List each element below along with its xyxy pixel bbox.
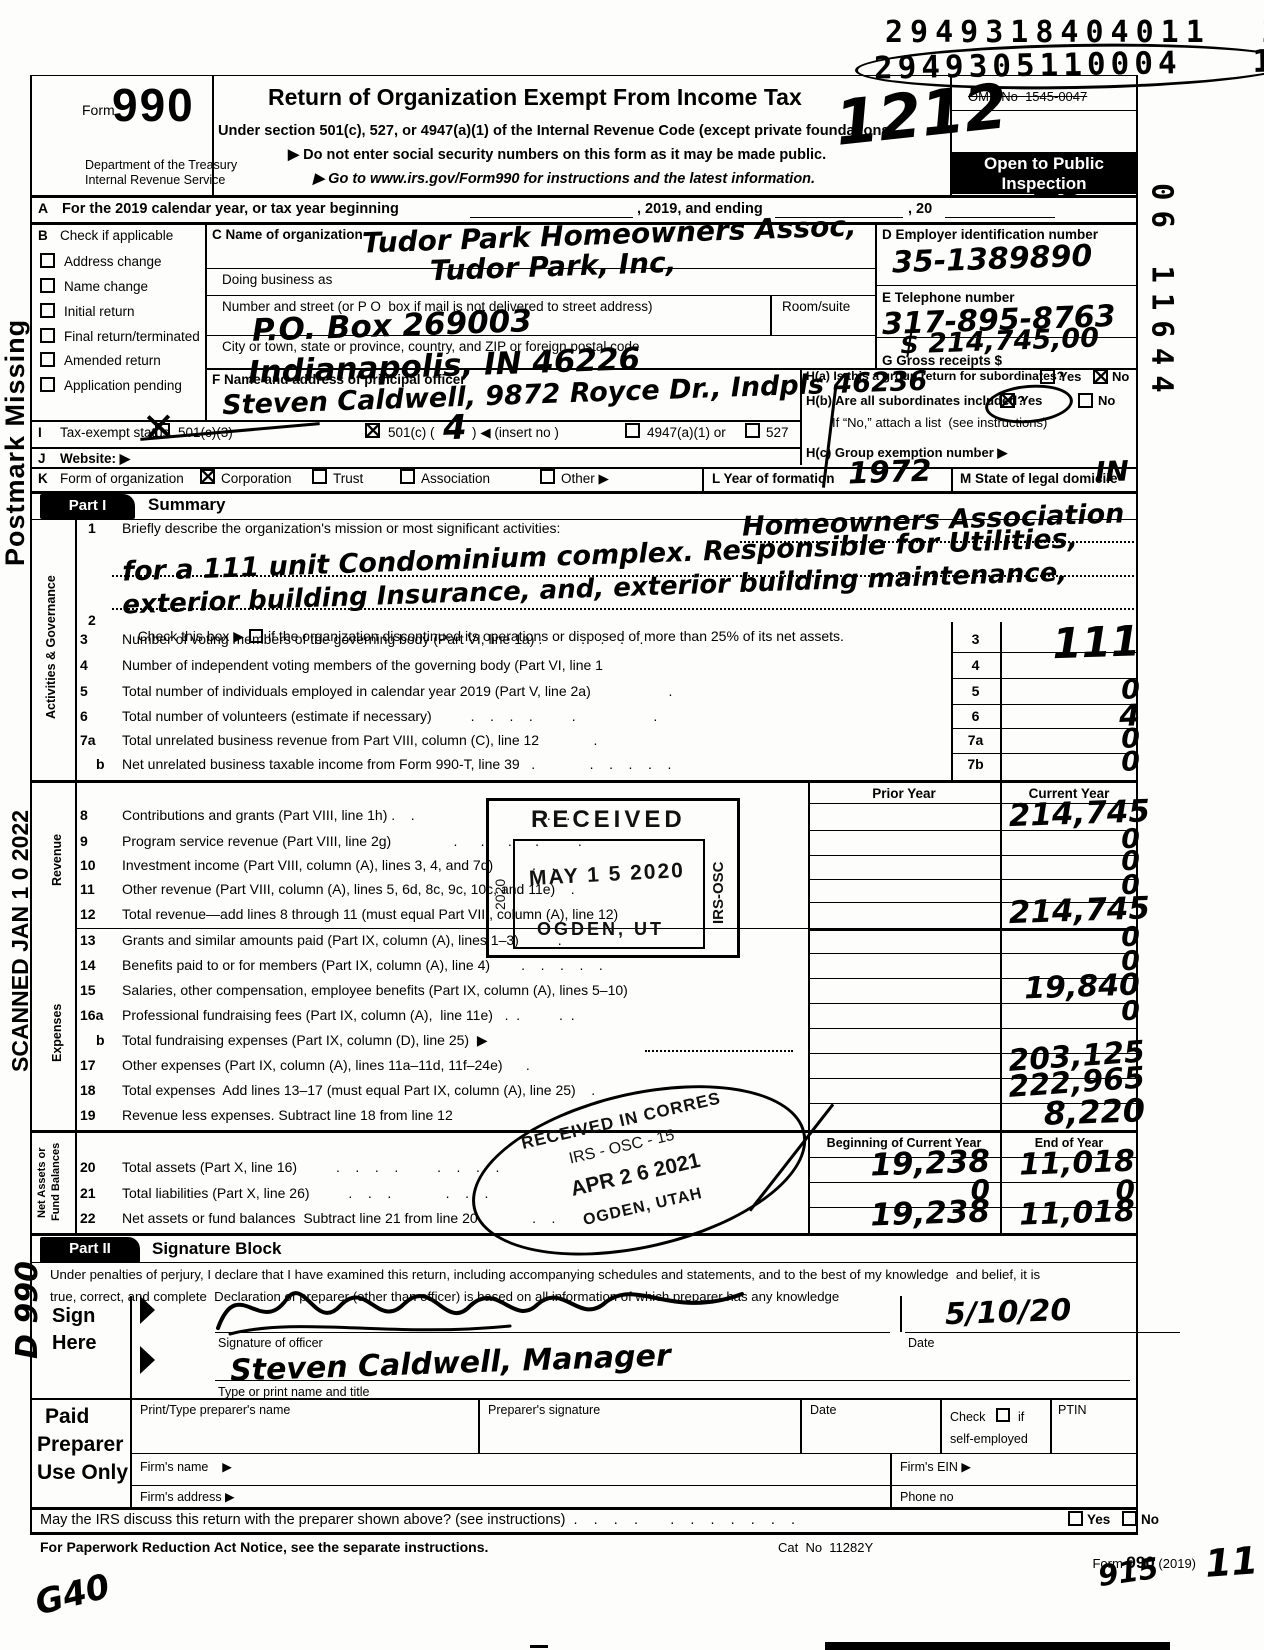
line12-number: 12	[80, 907, 96, 923]
firms-ein-label: Firm's EIN ▶	[900, 1460, 971, 1474]
checkbox-trust[interactable]	[312, 469, 327, 484]
form-word: Form	[82, 103, 115, 119]
line20-text: Total assets (Part X, line 16) . . . . .…	[122, 1160, 499, 1176]
label-address-change: Address change	[64, 254, 162, 269]
line7a-text: Total unrelated business revenue from Pa…	[122, 733, 597, 749]
part1-tag: Part I	[40, 494, 135, 519]
checkbox-ha-no[interactable]	[1093, 369, 1108, 384]
form-990-scanned-page: 2949318404011 1 2949305110004 1 06 11644…	[0, 0, 1264, 1650]
hb-no-label: No	[1098, 394, 1115, 409]
line19-text: Revenue less expenses. Subtract line 18 …	[122, 1108, 453, 1124]
line9-number: 9	[80, 834, 88, 850]
discuss-yes-label: Yes	[1087, 1512, 1110, 1527]
line5-text: Total number of individuals employed in …	[122, 684, 672, 700]
label-amended-return: Amended return	[64, 353, 161, 368]
line21-text: Total liabilities (Part X, line 26) . . …	[122, 1186, 488, 1202]
line16b-number: b	[96, 1033, 105, 1049]
label-insert-no: ) ◀ (insert no )	[472, 425, 559, 440]
self-employed-label: self-employed	[950, 1432, 1028, 1446]
line16a-text: Professional fundraising fees (Part IX, …	[122, 1008, 575, 1024]
dba-label: Doing business as	[222, 272, 332, 287]
scan-bottom-dash	[530, 1645, 548, 1648]
line15-number: 15	[80, 983, 96, 999]
checkbox-discuss-no[interactable]	[1122, 1511, 1137, 1526]
signature-of-officer-label: Signature of officer	[218, 1336, 323, 1350]
line16a-number: 16a	[80, 1008, 103, 1024]
section-b-title: Check if applicable	[60, 228, 173, 243]
line18-number: 18	[80, 1083, 96, 1099]
line22-begin-value: 19,238	[839, 1193, 990, 1234]
line3-value: 111	[1039, 616, 1141, 668]
form-number: 990	[112, 80, 195, 132]
line17-number: 17	[80, 1058, 96, 1074]
catalog-number: Cat No 11282Y	[778, 1541, 873, 1556]
line4-box-number: 4	[951, 658, 1000, 674]
year-of-formation-label: L Year of formation	[712, 471, 835, 486]
phone-no-label: Phone no	[900, 1490, 954, 1504]
received-box-stamp: RECEIVED 2020 MAY 1 5 2020 OGDEN, UT IRS…	[486, 798, 740, 958]
use-only-word: Use Only	[37, 1461, 128, 1485]
line18-text: Total expenses Add lines 13–17 (must equ…	[122, 1083, 595, 1099]
form-title: Return of Organization Exempt From Incom…	[268, 85, 802, 111]
preparer-check-if-label: if	[1018, 1410, 1024, 1424]
line2-number: 2	[88, 613, 96, 629]
label-initial-return: Initial return	[64, 304, 135, 319]
label-final-return: Final return/terminated	[64, 329, 200, 344]
part2-title: Signature Block	[152, 1239, 281, 1258]
name-pointer-arrow-icon	[140, 1346, 155, 1374]
line-j-letter: J	[38, 451, 46, 466]
line6-box-number: 6	[951, 709, 1000, 725]
open-to-public-line1: Open to Public	[952, 154, 1136, 174]
paid-word: Paid	[45, 1405, 89, 1429]
signature-date-value: 5/10/20	[944, 1293, 1071, 1332]
handwritten-1212: 1212	[832, 69, 1011, 160]
preparer-date-label: Date	[810, 1403, 836, 1417]
checkbox-discuss-yes[interactable]	[1068, 1511, 1083, 1526]
label-527: 527	[766, 425, 789, 440]
line4-number: 4	[80, 658, 114, 674]
checkbox-association[interactable]	[400, 469, 415, 484]
line-i-letter: I	[38, 425, 42, 440]
line8-number: 8	[80, 808, 88, 824]
discuss-question: May the IRS discuss this return with the…	[40, 1512, 795, 1528]
line3-box-number: 3	[951, 632, 1000, 648]
label-trust: Trust	[333, 471, 363, 486]
line19-current-value: 8,220	[984, 1091, 1145, 1135]
label-other: Other ▶	[561, 471, 609, 486]
preparer-name-label: Print/Type preparer's name	[140, 1403, 290, 1417]
label-501c: 501(c) (	[388, 425, 435, 440]
room-suite-label: Room/suite	[782, 299, 850, 314]
treasury-dept-line1: Department of the Treasury	[85, 158, 237, 172]
line16b-text: Total fundraising expenses (Part IX, col…	[122, 1033, 488, 1049]
domicile-value: IN	[1094, 454, 1129, 488]
part1-title: Summary	[148, 495, 225, 514]
line7b-text: Net unrelated business taxable income fr…	[122, 757, 671, 773]
received-stamp-ogden: OGDEN, UT	[537, 919, 664, 939]
website-label: Website: ▶	[60, 451, 130, 466]
line1-number: 1	[88, 521, 96, 537]
checkbox-self-employed[interactable]	[996, 1408, 1010, 1422]
officer-signature	[210, 1268, 750, 1338]
ha-yes-label: Yes	[1059, 370, 1081, 385]
line7a-box-number: 7a	[951, 733, 1000, 749]
label-name-change: Name change	[64, 279, 148, 294]
checkbox-amended-return[interactable]	[40, 352, 55, 367]
scan-bottom-bar	[825, 1642, 1170, 1650]
checkbox-initial-return[interactable]	[40, 303, 55, 318]
year-of-formation-value: 1972	[847, 454, 932, 492]
handwritten-d990: D 990	[10, 1245, 45, 1375]
checkbox-501c4[interactable]	[365, 423, 380, 438]
checkbox-ha-yes[interactable]	[1040, 369, 1055, 384]
checkbox-application-pending[interactable]	[40, 377, 55, 392]
handwritten-g40: G40	[31, 1566, 114, 1623]
side-label-revenue: Revenue	[50, 790, 64, 930]
open-to-public-box: Open to Public Inspection	[952, 152, 1136, 194]
postmark-missing-stamp: Postmark Missing	[0, 295, 30, 590]
side-label-net-assets-2: Fund Balances	[50, 1130, 62, 1234]
line21-number: 21	[80, 1186, 96, 1202]
line11-number: 11	[80, 882, 95, 898]
line7b-box-number: 7b	[951, 757, 1000, 773]
footer-form-year: (2019)	[1158, 1556, 1196, 1571]
line4-text: Number of independent voting members of …	[122, 658, 603, 674]
line15-text: Salaries, other compensation, employee b…	[122, 983, 628, 999]
treasury-dept-line2: Internal Revenue Service	[85, 173, 225, 187]
firms-address-label: Firm's address ▶	[140, 1490, 235, 1504]
omb-number: OMB No 1545-0047	[968, 90, 1087, 105]
line16a-current-value: 0	[1000, 996, 1141, 1032]
line6-text: Total number of volunteers (estimate if …	[122, 709, 657, 725]
form-bullet-ssn: ▶ Do not enter social security numbers o…	[288, 147, 826, 163]
line3-number: 3	[80, 632, 114, 648]
line14-number: 14	[80, 958, 96, 974]
checkbox-corporation[interactable]	[200, 469, 215, 484]
checkbox-other[interactable]	[540, 469, 555, 484]
paperwork-notice: For Paperwork Reduction Act Notice, see …	[40, 1540, 488, 1556]
ha-no-label: No	[1112, 370, 1129, 385]
line7a-number: 7a	[80, 733, 114, 749]
line6-number: 6	[80, 709, 114, 725]
label-4947a1: 4947(a)(1) or	[647, 425, 726, 440]
sign-word: Sign	[52, 1305, 95, 1327]
side-label-expenses: Expenses	[50, 938, 64, 1128]
line10-number: 10	[80, 858, 96, 874]
ptin-label: PTIN	[1058, 1403, 1086, 1417]
line14-text: Benefits paid to or for members (Part IX…	[122, 958, 603, 974]
type-or-print-label: Type or print name and title	[218, 1385, 369, 1399]
line-a-text: For the 2019 calendar year, or tax year …	[62, 201, 399, 217]
signature-date-label: Date	[908, 1336, 934, 1350]
line3-text: Number of voting members of the governin…	[122, 632, 643, 648]
part2-tag: Part II	[40, 1237, 140, 1263]
corres-oval-stamp: RECEIVED IN CORRES IRS - OSC - 15 APR 2 …	[453, 1043, 829, 1291]
preparer-check-label: Check	[950, 1410, 985, 1424]
line5-box-number: 5	[951, 684, 1000, 700]
scribble-x-501c3: ✕	[141, 404, 176, 451]
checkbox-address-change[interactable]	[40, 253, 55, 268]
section-b-letter: B	[38, 228, 48, 243]
side-label-net-assets-1: Net Assets or	[36, 1133, 48, 1233]
line17-text: Other expenses (Part IX, column (A), lin…	[122, 1058, 530, 1074]
open-to-public-line2: Inspection	[952, 174, 1136, 194]
domicile-label: M State of legal domicile	[960, 471, 1118, 486]
checkbox-4947a1[interactable]	[625, 423, 640, 438]
checkbox-final-return[interactable]	[40, 328, 55, 343]
line7b-value: 0	[1039, 746, 1140, 780]
side-label-governance: Activities & Governance	[44, 520, 58, 775]
org-name-label: C Name of organization	[212, 227, 363, 242]
line19-number: 19	[80, 1108, 96, 1124]
line-a-end: , 20	[908, 201, 932, 217]
received-stamp-text: RECEIVED	[531, 807, 686, 834]
received-stamp-irs-osc: IRS-OSC	[711, 843, 728, 943]
label-corporation: Corporation	[221, 471, 292, 486]
line-a-letter: A	[38, 201, 48, 217]
line7b-number: b	[96, 757, 114, 773]
label-association: Association	[421, 471, 490, 486]
handwritten-11: 11	[1204, 1538, 1260, 1586]
preparer-word: Preparer	[37, 1433, 123, 1457]
insert-number-value: 4	[442, 408, 467, 449]
ein-value: 35-1389890	[891, 239, 1092, 281]
form-of-org-label: Form of organization	[60, 471, 184, 486]
here-word: Here	[52, 1332, 96, 1354]
label-application-pending: Application pending	[64, 378, 182, 393]
scan-side-code: 06 11644	[1146, 183, 1178, 403]
signature-pointer-arrow-icon	[140, 1296, 155, 1324]
line13-number: 13	[80, 933, 96, 949]
line-k-letter: K	[38, 471, 48, 486]
checkbox-name-change[interactable]	[40, 278, 55, 293]
footer-form-word: Form	[1092, 1556, 1122, 1571]
firms-name-label: Firm's name ▶	[140, 1460, 232, 1474]
hb-note: If “No,” attach a list (see instructions…	[832, 416, 1047, 431]
footer-form-id: Form 990 (2019)	[1078, 1538, 1196, 1586]
checkbox-527[interactable]	[745, 423, 760, 438]
line5-number: 5	[80, 684, 114, 700]
line20-number: 20	[80, 1160, 96, 1176]
footer-form-number: 990	[1126, 1553, 1154, 1572]
checkbox-hb-no[interactable]	[1078, 393, 1093, 408]
line1-text: Briefly describe the organization's miss…	[122, 521, 560, 537]
form-bullet-goto: ▶ Go to www.irs.gov/Form990 for instruct…	[313, 171, 815, 187]
ha-label: H(a) Is this a group return for subordin…	[806, 370, 1064, 384]
line22-end-value: 11,018	[999, 1194, 1135, 1234]
received-stamp-left-code: 2020	[493, 849, 509, 939]
preparer-signature-label: Preparer's signature	[488, 1403, 600, 1417]
discuss-no-label: No	[1141, 1512, 1159, 1527]
line22-number: 22	[80, 1211, 96, 1227]
form-subtitle: Under section 501(c), 527, or 4947(a)(1)…	[218, 123, 894, 139]
col-prior-year: Prior Year	[808, 786, 1000, 801]
